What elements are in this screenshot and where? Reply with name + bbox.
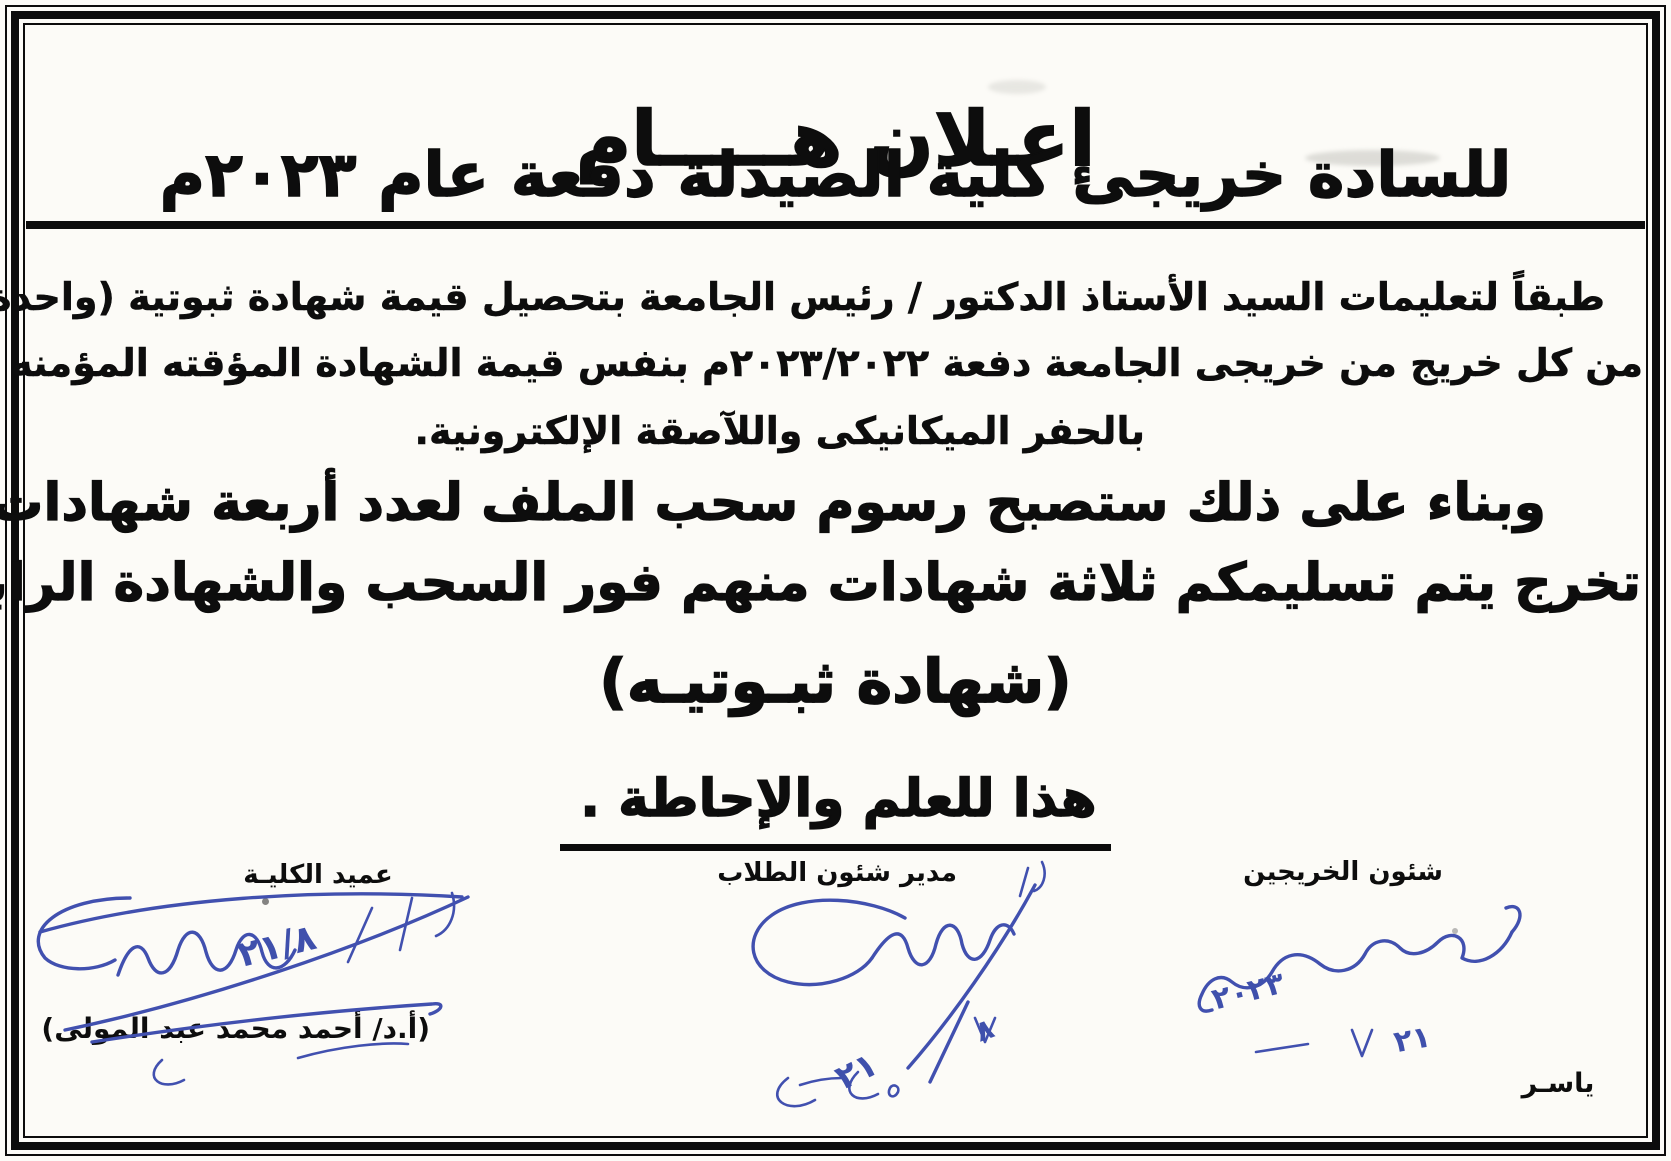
graduates-handwritten-month-stroke [1352,1030,1372,1056]
footer-name: ياسـر [1508,1068,1608,1099]
dean-signature-title: عميد الكليـة [238,860,398,890]
announcement-document: إعـلان هـــــام للسادة خريجى كلية الصيدل… [0,0,1671,1161]
students-handwritten-month: ٨ [971,1012,998,1049]
body-paragraph1-line1: طبقاً لتعليمات السيد الأستاذ الدكتور / ر… [28,270,1643,324]
certificate-note-line: (شهادة ثبـوتيـه) [0,636,1671,728]
graduates-affairs-signature-title: شئون الخريجين [1283,857,1443,887]
students-handwritten-day: ٢١ [829,1044,884,1098]
students-affairs-signature: ٢١ ٨ [753,862,1045,1106]
body-paragraph2-line2: تخرج يتم تسليمكم ثلاثة شهادات منهم فور ا… [30,546,1641,620]
graduates-affairs-signature: ٢٠٢٣ ٢١ [1199,907,1520,1061]
students-affairs-signature-title: مدير شئون الطلاب [752,858,957,888]
graduates-handwritten-day: ٢١ [1391,1019,1433,1060]
body-paragraph1-line3: بالحفر الميكانيكى واللآصقة الإلكترونية. [415,404,1145,458]
page-subtitle: للسادة خريجى كلية الصيدلة دفعة عام ٢٠٢٣م [0,132,1671,218]
dean-handwritten-date: ٢١/٨ [234,917,321,976]
closing-statement: هذا للعلم والإحاطة . [560,760,1110,851]
scan-speck [1452,928,1458,934]
graduates-handwritten-year: ٢٠٢٣ [1208,966,1288,1018]
closing-statement-wrap: هذا للعلم والإحاطة . [0,760,1671,851]
subtitle-underline [26,221,1645,229]
dean-name: (أ.د/ أحمد محمد عبد المولى) [80,1012,430,1045]
scan-speck [262,898,269,905]
body-paragraph1-line2: من كل خريج من خريجى الجامعة دفعة ٢٠٢٣/٢٠… [28,336,1643,390]
body-paragraph2-line1: وبناء على ذلك ستصبح رسوم سحب الملف لعدد … [30,466,1641,540]
dean-signature: ٢١/٨ [38,893,468,1084]
